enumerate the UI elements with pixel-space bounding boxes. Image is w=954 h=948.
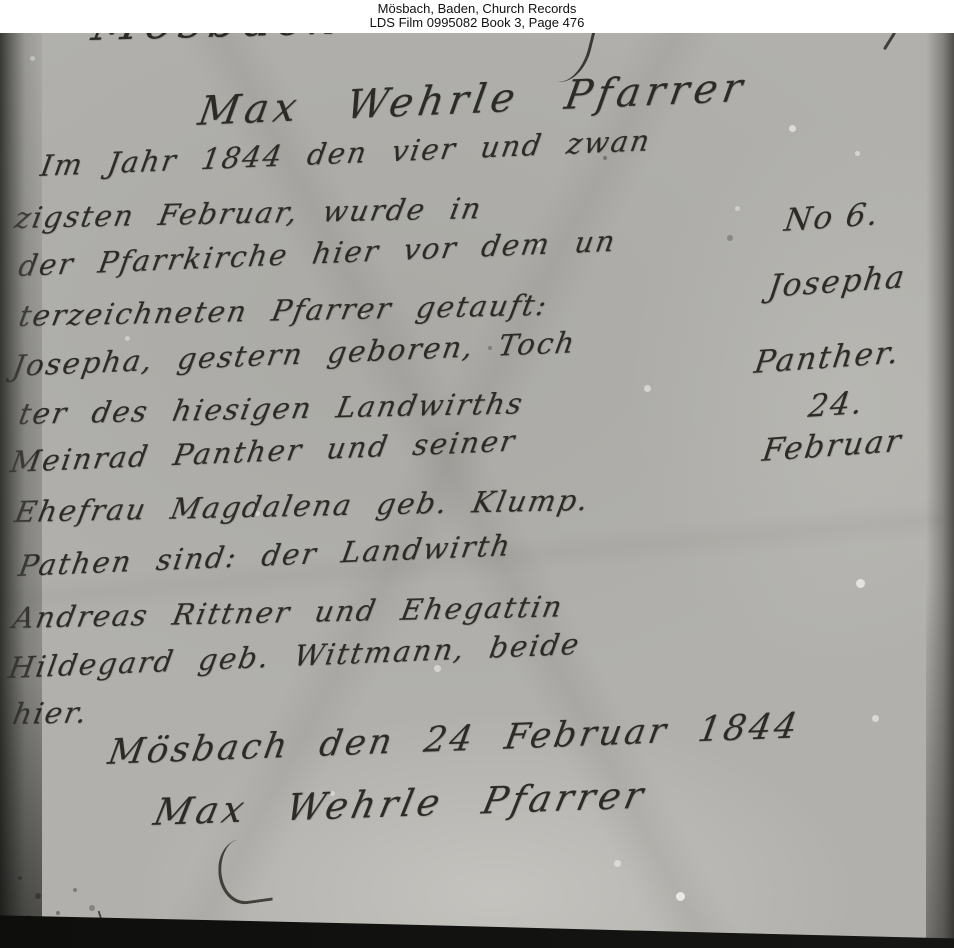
closing-dateline: Mösbach den 24 Februar 1844 <box>105 706 803 773</box>
body-line-4: terzeichneten Pfarrer getauft: <box>16 288 551 333</box>
body-line-1: Im Jahr 1844 den vier und zwan <box>38 123 654 183</box>
margin-day: 24. <box>806 385 866 425</box>
corner-pen-mark <box>883 32 896 51</box>
record-heading: Max Wehrle Pfarrer <box>195 65 751 135</box>
body-line-9: Pathen sind: der Landwirth <box>16 528 515 583</box>
margin-given-name: Josepha <box>766 259 908 305</box>
margin-entry-number: No 6. <box>782 196 882 239</box>
margin-surname: Panther. <box>752 334 903 381</box>
signature-flourish <box>218 835 272 908</box>
screenshot-root: Mösbach, Baden, Church Records LDS Film … <box>0 0 954 948</box>
body-line-5: Josepha, gestern geboren, Toch <box>10 325 579 383</box>
body-line-7: Meinrad Panther und seiner <box>8 424 519 479</box>
left-gutter-shadow <box>0 31 42 948</box>
bottom-edge-shadow <box>0 900 954 948</box>
body-line-2: zigsten Februar, wurde in <box>12 191 486 235</box>
body-line-8: Ehefrau Magdalena geb. Klump. <box>12 483 593 529</box>
body-line-10: Andreas Rittner und Ehegattin <box>10 589 567 635</box>
right-edge-shadow <box>926 31 954 948</box>
top-line-fragment: Mösbach <box>88 31 351 51</box>
caption-source: LDS Film 0995082 Book 3, Page 476 <box>0 16 954 30</box>
body-line-6: ter des hiesigen Landwirths <box>16 386 527 431</box>
body-line-11: Hildegard geb. Wittmann, beide <box>6 627 583 685</box>
pastor-signature: Max Wehrle Pfarrer <box>150 773 651 834</box>
margin-month: Februar <box>760 423 905 469</box>
scanned-record-page: Mösbach Max Wehrle Pfarrer Im Jahr 1844 … <box>0 31 954 948</box>
caption-title: Mösbach, Baden, Church Records <box>0 2 954 16</box>
caption: Mösbach, Baden, Church Records LDS Film … <box>0 0 954 33</box>
